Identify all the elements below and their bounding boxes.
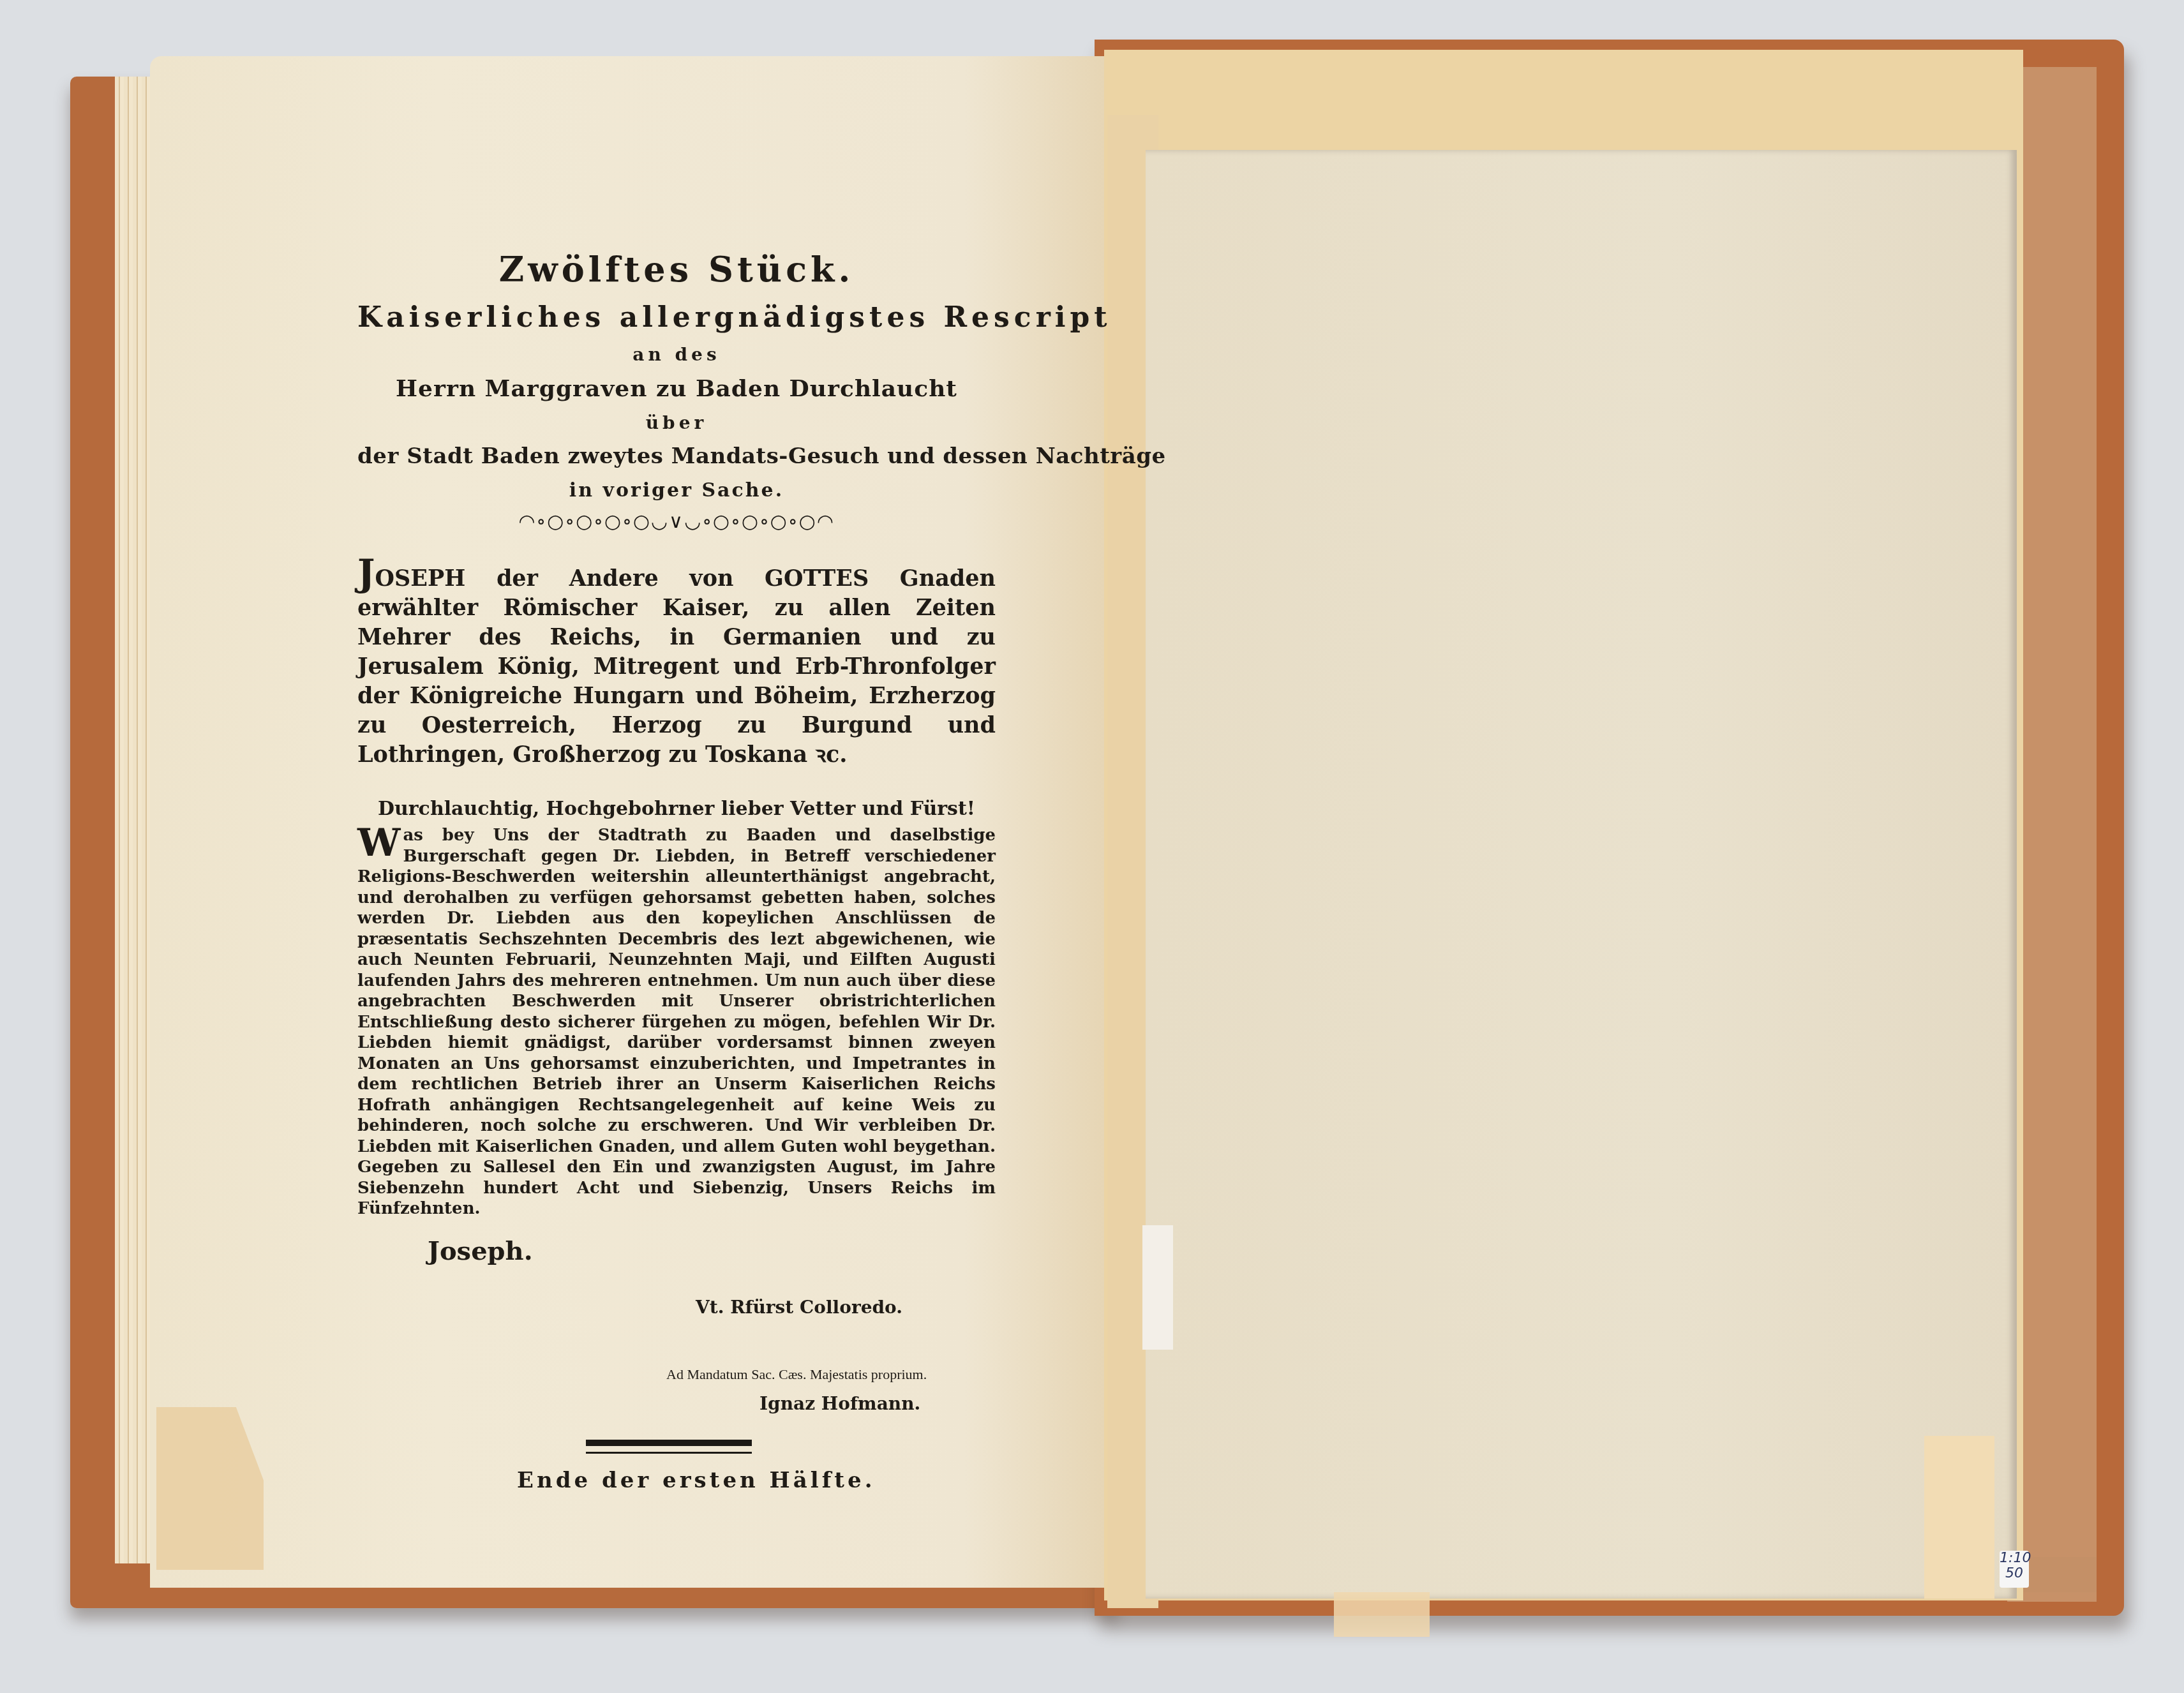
drop-cap-initial: W: [357, 825, 400, 861]
right-page-blank: [1146, 150, 2017, 1599]
tape-bottom: [1334, 1592, 1430, 1637]
emperor-signature: Joseph.: [428, 1236, 996, 1266]
salutation: Durchlauchtig, Hochgebohrner lieber Vett…: [357, 798, 996, 820]
line-ueber: über: [357, 412, 996, 433]
subject-line: der Stadt Baden zweytes Mandats-Gesuch u…: [357, 444, 996, 469]
end-note: Ende der ersten Hälfte.: [517, 1468, 996, 1493]
body-text: as bey Uns der Stadtrath zu Baaden und d…: [357, 826, 996, 1218]
intitulatio-initial: J: [357, 551, 375, 595]
addressee-line: Herrn Marggraven zu Baden Durchlaucht: [357, 375, 996, 402]
page-title: Zwölftes Stück.: [357, 249, 996, 290]
intitulatio-text: OSEPH der Andere von GOTTES Gnaden erwäh…: [357, 565, 996, 768]
line-an-des: an des: [357, 344, 996, 365]
countersignature: Vt. Rfürst Colloredo.: [696, 1297, 996, 1318]
secretary-signature: Ignaz Hofmann.: [759, 1393, 996, 1414]
ornament-divider-icon: ◠∘○∘○∘○∘○◡∨◡∘○∘○∘○∘○◠: [357, 511, 996, 533]
inventory-label: 1:10 50: [2000, 1551, 2029, 1588]
intitulatio-paragraph: JOSEPH der Andere von GOTTES Gnaden erwä…: [357, 558, 996, 770]
subject-end-line: in voriger Sache.: [357, 479, 996, 502]
body-paragraph: Was bey Uns der Stadtrath zu Baaden und …: [357, 825, 996, 1219]
double-rule-divider: [586, 1440, 752, 1454]
paper-tab: [1142, 1225, 1173, 1350]
tape-corner: [1924, 1436, 1994, 1599]
rescript-subtitle: Kaiserliches allergnädigstes Rescript: [357, 301, 996, 334]
mandatum-line: Ad Mandatum Sac. Cæs. Majestatis propriu…: [666, 1366, 996, 1383]
printed-text-block: Zwölftes Stück. Kaiserliches allergnädig…: [357, 249, 996, 1493]
